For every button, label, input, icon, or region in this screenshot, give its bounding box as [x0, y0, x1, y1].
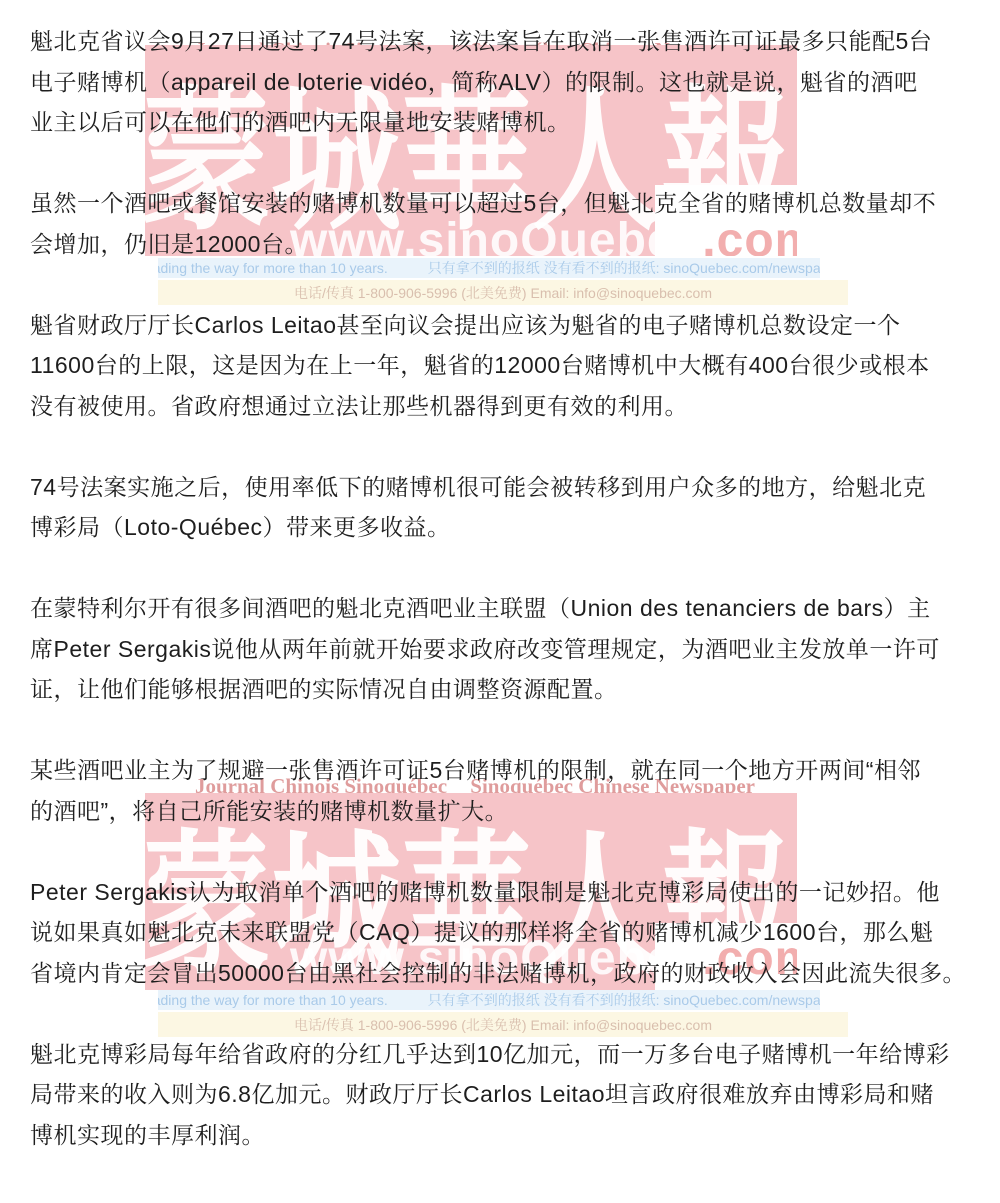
paragraph-government-profit: 魁北克博彩局每年给省政府的分红几乎达到10亿加元，而一万多台电子赌博机一年给博彩… — [30, 1034, 990, 1156]
paragraph-loto-quebec-revenue: 74号法案实施之后，使用率低下的赌博机很可能会被转移到用户众多的地方，给魁北克 … — [30, 467, 990, 548]
paragraph-sergakis-opinion: Peter Sergakis认为取消单个酒吧的赌博机数量限制是魁北克博彩局使出的… — [30, 872, 990, 994]
paragraph-bar-owners-union: 在蒙特利尔开有很多间酒吧的魁北克酒吧业主联盟（Union des tenanci… — [30, 588, 990, 710]
paragraph-finance-minister-cap: 魁省财政厅厅长Carlos Leitao甚至向议会提出应该为魁省的电子赌博机总数… — [30, 305, 990, 427]
article-page: { "article": { "paragraphs": [ { "text":… — [0, 0, 1000, 1203]
paragraph-adjacent-bars: 某些酒吧业主为了规避一张售酒许可证5台赌博机的限制，就在同一个地方开两间“相邻 … — [30, 750, 990, 831]
paragraph-total-unchanged: 虽然一个酒吧或餐馆安装的赌博机数量可以超过5台，但魁北克全省的赌博机总数量却不 … — [30, 183, 990, 264]
news-article: 魁北克省议会9月27日通过了74号法案，该法案旨在取消一张售酒许可证最多只能配5… — [0, 0, 990, 1155]
paragraph-bill74-intro: 魁北克省议会9月27日通过了74号法案，该法案旨在取消一张售酒许可证最多只能配5… — [30, 21, 990, 143]
